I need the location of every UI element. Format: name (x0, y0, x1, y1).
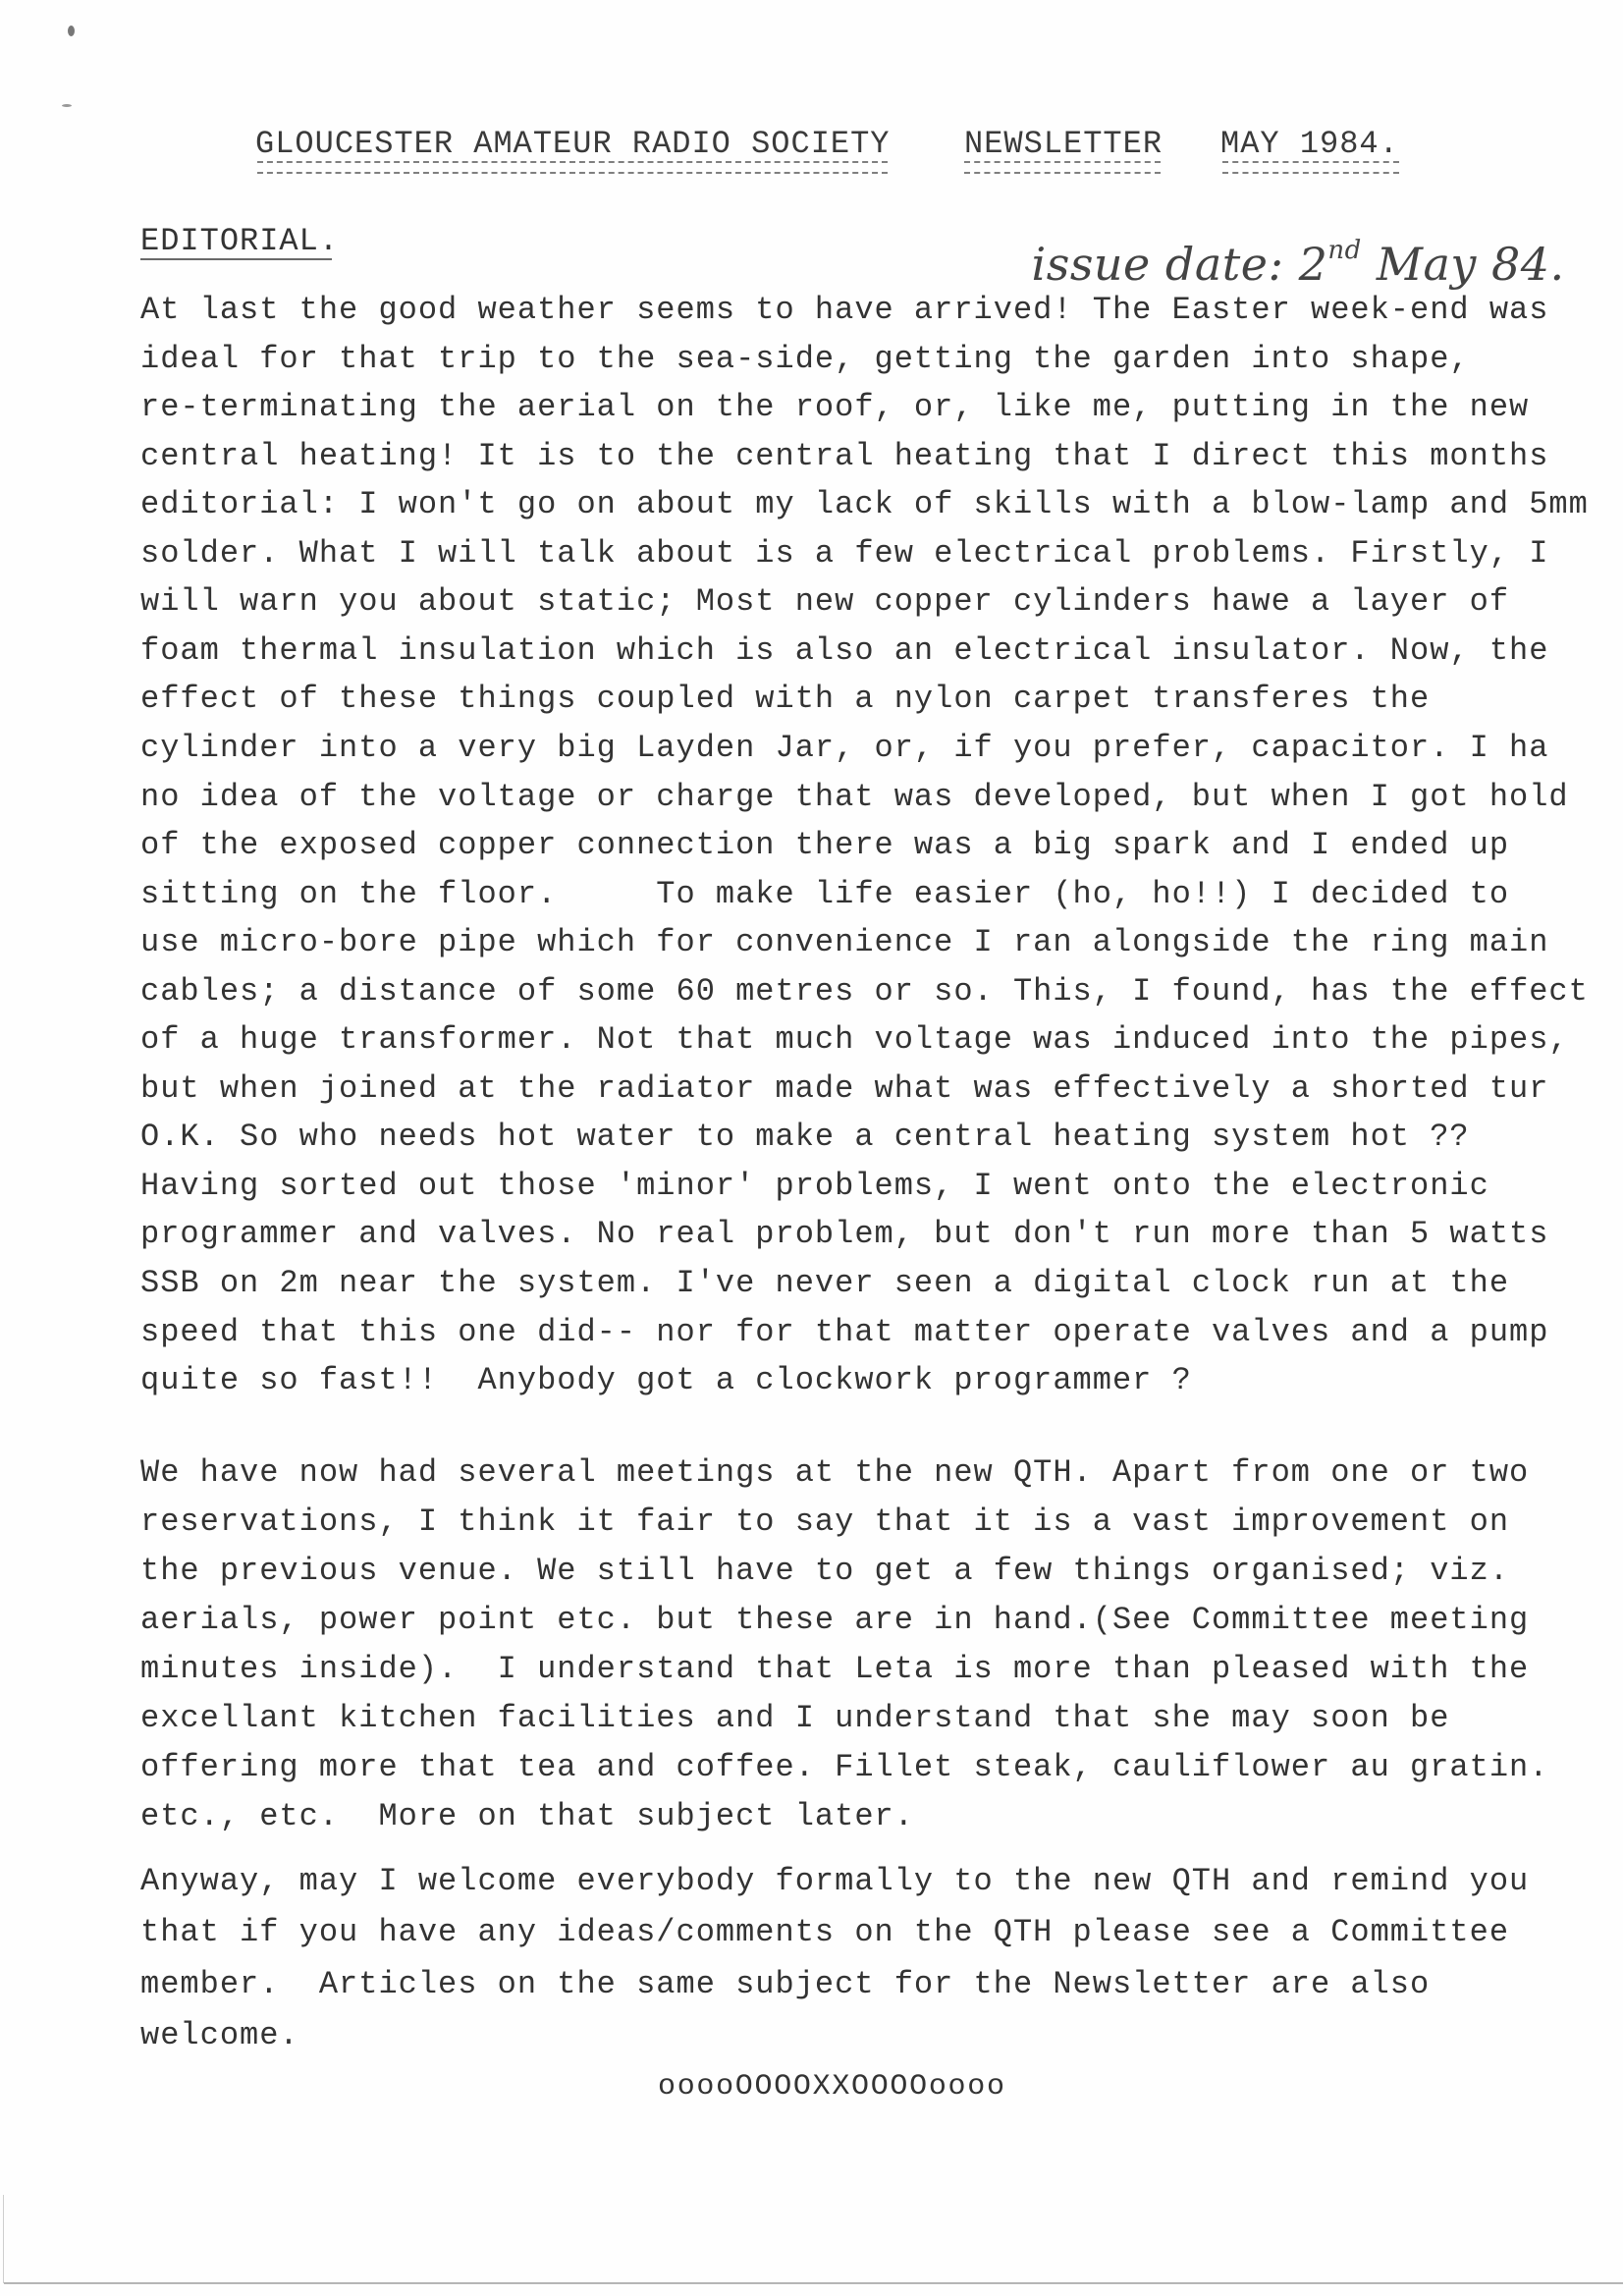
text-line: offering more that tea and coffee. Fille… (140, 1752, 1548, 1783)
publication-title: NEWSLETTER (964, 129, 1163, 160)
text-line: etc., etc. More on that subject later. (140, 1801, 914, 1832)
text-line: Anyway, may I welcome everybody formally… (140, 1866, 1529, 1897)
text-line: effect of these things coupled with a ny… (140, 683, 1430, 715)
text-line: At last the good weather seems to have a… (140, 295, 1548, 326)
page-edge-left (3, 2195, 4, 2283)
publication-title-underline (964, 161, 1161, 174)
text-line: minutes inside). I understand that Leta … (140, 1654, 1529, 1685)
text-line: solder. What I will talk about is a few … (140, 538, 1548, 570)
page-edge-bottom (4, 2282, 1623, 2284)
text-line: but when joined at the radiator made wha… (140, 1073, 1548, 1105)
text-line: no idea of the voltage or charge that wa… (140, 782, 1569, 813)
text-line: that if you have any ideas/comments on t… (140, 1917, 1509, 1948)
issue-month-underline (1222, 161, 1399, 174)
text-line: cables; a distance of some 60 metres or … (140, 976, 1589, 1008)
section-heading-underline (140, 258, 332, 260)
text-line: aerials, power point etc. but these are … (140, 1605, 1529, 1636)
handwritten-issue-date-tail: May 84. (1362, 238, 1565, 291)
text-line: cylinder into a very big Layden Jar, or,… (140, 733, 1548, 764)
text-line: SSB on 2m near the system. I've never se… (140, 1268, 1509, 1299)
text-line: sitting on the floor. To make life easie… (140, 879, 1509, 910)
society-name: GLOUCESTER AMATEUR RADIO SOCIETY (255, 129, 891, 160)
section-heading-editorial: EDITORIAL. (140, 226, 339, 257)
newsletter-page: GLOUCESTER AMATEUR RADIO SOCIETY NEWSLET… (0, 0, 1623, 2296)
handwritten-issue-date-suffix: nd (1327, 236, 1361, 265)
text-line: re-terminating the aerial on the roof, o… (140, 392, 1529, 423)
text-line: ideal for that trip to the sea-side, get… (140, 344, 1470, 375)
text-line: speed that this one did-- nor for that m… (140, 1317, 1548, 1348)
closing-ornament: ooooOOOOXXOOOOoooo (658, 2071, 1006, 2103)
issue-month: MAY 1984. (1220, 129, 1399, 160)
text-line: will warn you about static; Most new cop… (140, 586, 1509, 618)
scan-speck (68, 26, 75, 36)
handwritten-issue-date-text: issue date: 2 (1032, 238, 1328, 291)
text-line: member. Articles on the same subject for… (140, 1969, 1430, 2000)
text-line: of the exposed copper connection there w… (140, 830, 1509, 861)
text-line: the previous venue. We still have to get… (140, 1556, 1509, 1587)
text-line: excellant kitchen facilities and I under… (140, 1703, 1449, 1734)
text-line: editorial: I won't go on about my lack o… (140, 489, 1589, 520)
text-line: of a huge transformer. Not that much vol… (140, 1024, 1569, 1056)
text-line: foam thermal insulation which is also an… (140, 635, 1548, 667)
text-line: programmer and valves. No real problem, … (140, 1219, 1548, 1250)
text-line: reservations, I think it fair to say tha… (140, 1506, 1509, 1538)
text-line: use micro-bore pipe which for convenienc… (140, 927, 1548, 958)
society-name-underline (257, 161, 888, 174)
scan-speck (62, 104, 72, 107)
text-line: Having sorted out those 'minor' problems… (140, 1171, 1489, 1202)
text-line: quite so fast!! Anybody got a clockwork … (140, 1365, 1192, 1396)
text-line: We have now had several meetings at the … (140, 1457, 1529, 1489)
text-line: central heating! It is to the central he… (140, 441, 1548, 472)
text-line: O.K. So who needs hot water to make a ce… (140, 1121, 1470, 1153)
text-line: welcome. (140, 2020, 299, 2051)
